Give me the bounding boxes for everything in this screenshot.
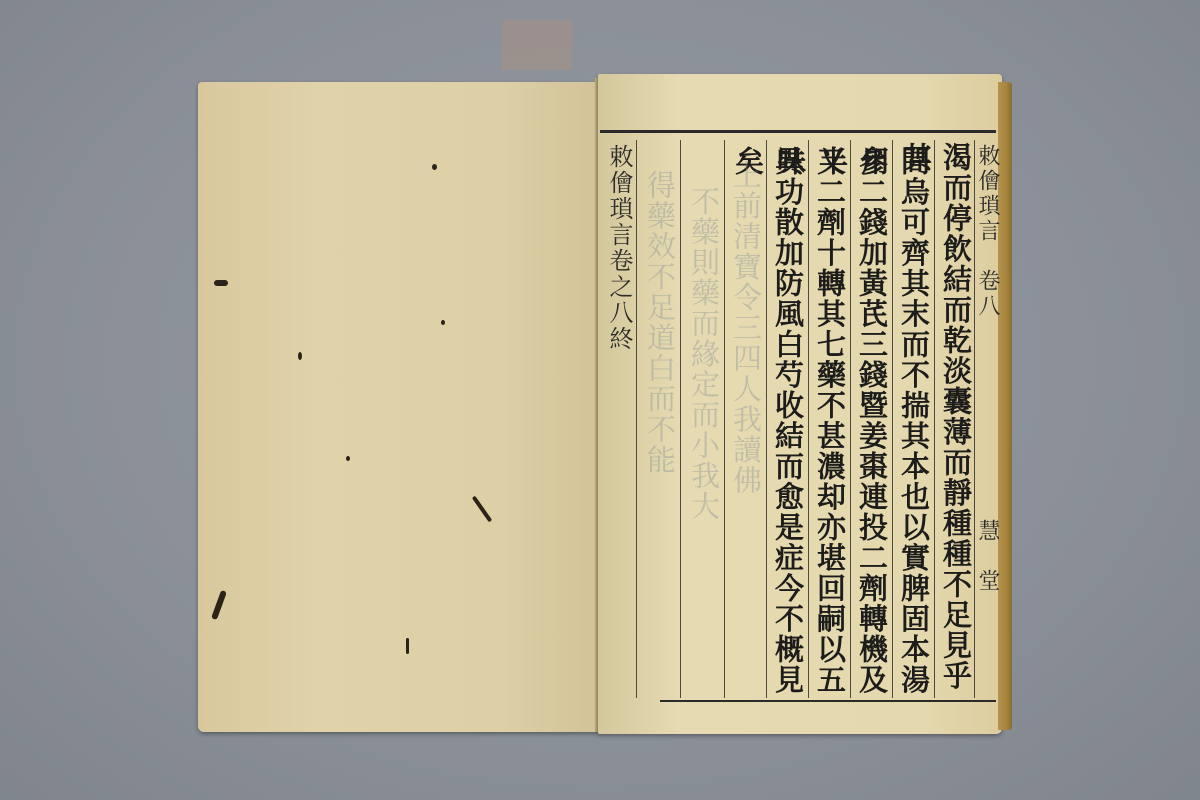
open-book: 敕儈瑣言 卷八 慧 堂 渴而停飲結而乾淡囊薄而靜種種不足見乎其 間烏可齊其末而不…	[198, 74, 1012, 738]
column-rule	[680, 140, 681, 698]
column-rule	[808, 140, 809, 698]
column-rule	[934, 140, 935, 698]
frame-top-rule	[600, 130, 996, 133]
column-rule	[636, 140, 637, 698]
text-column-3: 參二錢加黃芪三錢暨姜棗連投二劑轉機及半	[852, 146, 892, 700]
ghost-column: 得藥效不足道白而不能	[640, 170, 680, 475]
wormhole	[472, 496, 492, 523]
frame-bottom-rule	[660, 700, 996, 702]
text-frame: 敕儈瑣言 卷八 慧 堂 渴而停飲結而乾淡囊薄而靜種種不足見乎其 間烏可齊其末而不…	[600, 130, 996, 700]
text-column-1: 渴而停飲結而乾淡囊薄而靜種種不足見乎其	[936, 142, 976, 700]
ghost-column: 上前清寶令三四人我讀佛	[726, 160, 766, 496]
column-rule	[850, 140, 851, 698]
left-page-blank	[198, 82, 600, 732]
wormhole	[441, 320, 445, 325]
wormhole	[211, 590, 227, 620]
wormhole	[346, 456, 350, 461]
wormhole	[214, 280, 228, 286]
wormhole	[298, 352, 302, 360]
wormhole	[432, 164, 437, 170]
text-column-5: 異功散加防風白芍收結而愈是症今不概見矣	[768, 146, 808, 700]
column-rule	[766, 140, 767, 698]
margin-header: 敕儈瑣言 卷八 慧 堂	[976, 144, 1002, 594]
volume-title: 敕儈瑣言卷之八終	[602, 144, 634, 352]
text-column-4: 又二劑十轉其七藥不甚濃却亦堪回嗣以五味	[810, 146, 850, 700]
ghost-column: 不藥則藥而緣定而小我大	[684, 186, 724, 522]
text-column-2: 間烏可齊其末而不揣其本也以實脾固本湯用	[894, 146, 934, 700]
wormhole	[406, 638, 409, 654]
column-rule	[892, 140, 893, 698]
column-rule	[724, 140, 725, 698]
collection-stamp	[502, 20, 572, 70]
